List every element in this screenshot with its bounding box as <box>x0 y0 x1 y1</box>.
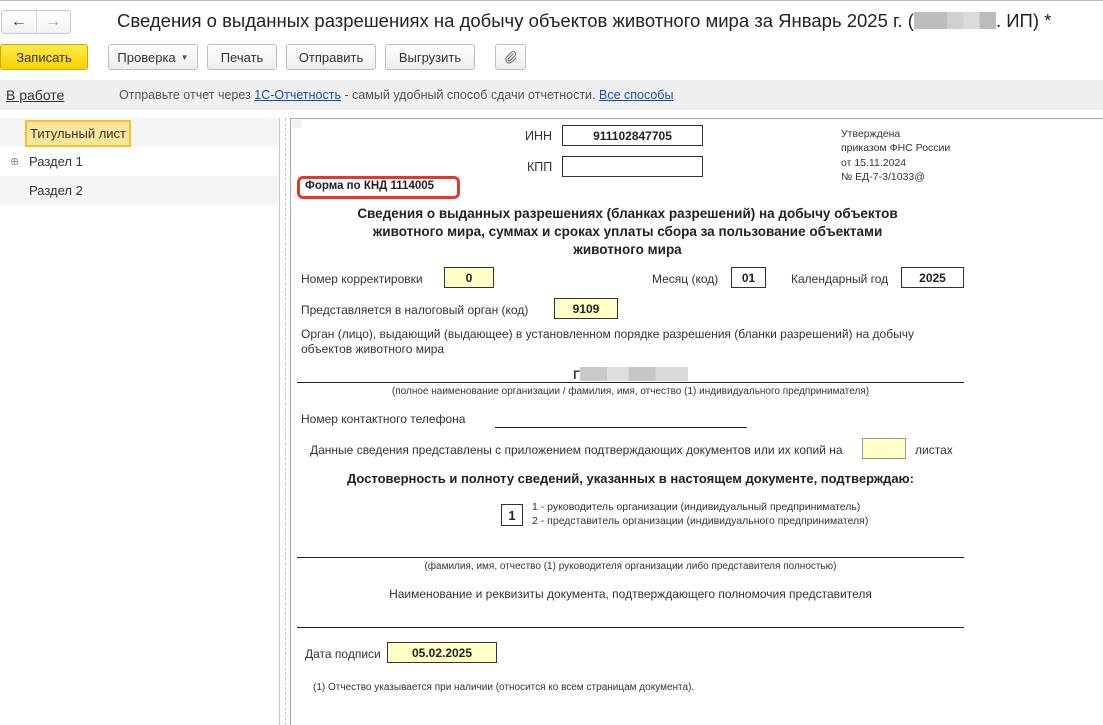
info-message: Отправьте отчет через 1С-Отчетность - са… <box>119 88 673 102</box>
tree-item-label: Титульный лист <box>25 120 131 147</box>
window-top-border <box>0 0 1103 1</box>
inn-field[interactable]: 911102847705 <box>562 125 703 146</box>
correction-field[interactable]: 0 <box>444 267 494 288</box>
confirm-heading: Достоверность и полноту сведений, указан… <box>297 471 964 486</box>
navigation-buttons: ← → <box>1 10 71 34</box>
rep-document-label: Наименование и реквизиты документа, подт… <box>297 587 964 601</box>
title-line: животного мира <box>291 241 964 259</box>
tax-authority-field[interactable]: 9109 <box>554 298 618 319</box>
signer-caption: (фамилия, имя, отчество (1) руководителя… <box>297 561 964 572</box>
kpp-field[interactable] <box>562 156 703 177</box>
back-arrow-icon[interactable]: ← <box>2 11 37 33</box>
issuer-name-visible: Г <box>573 368 580 382</box>
info-text-middle: - самый удобный способ сдачи отчетности. <box>341 88 599 102</box>
approval-line: приказом ФНС России <box>841 141 950 155</box>
forward-arrow-icon[interactable]: → <box>37 11 71 33</box>
chevron-down-icon: ▼ <box>181 53 189 62</box>
tree-item-section-1[interactable]: ⊕ Раздел 1 <box>0 147 279 176</box>
print-button[interactable]: Печать <box>207 44 277 70</box>
info-text-before: Отправьте отчет через <box>119 88 254 102</box>
year-field[interactable]: 2025 <box>901 267 964 288</box>
sections-tree: Титульный лист ⊕ Раздел 1 Раздел 2 <box>0 118 280 725</box>
attachments-suffix: листах <box>915 443 953 457</box>
title-line: животного мира, суммах и сроках уплаты с… <box>291 223 964 241</box>
form-corner <box>292 120 302 128</box>
approval-line: Утверждена <box>841 127 950 141</box>
issuer-label-line2: объектов животного мира <box>301 342 444 356</box>
check-button-label: Проверка <box>117 50 175 65</box>
tree-item-title-page[interactable]: Титульный лист <box>0 118 279 147</box>
inn-label: ИНН <box>525 129 552 143</box>
link-1c-reporting[interactable]: 1С-Отчетность <box>254 88 341 102</box>
correction-label: Номер корректировки <box>301 272 423 286</box>
panel-splitter[interactable] <box>285 118 286 725</box>
issuer-name-field[interactable]: Г <box>297 367 964 382</box>
phone-label: Номер контактного телефона <box>301 412 465 426</box>
send-button[interactable]: Отправить <box>286 44 376 70</box>
signer-type-field[interactable]: 1 <box>501 504 523 526</box>
year-label: Календарный год <box>791 272 888 286</box>
signer-option-1: 1 - руководитель организации (индивидуал… <box>532 501 860 513</box>
export-button[interactable]: Выгрузить <box>385 44 475 70</box>
redacted-issuer-name <box>580 367 688 381</box>
tree-item-label: Раздел 2 <box>29 183 83 198</box>
paperclip-icon <box>504 50 518 64</box>
tree-item-label: Раздел 1 <box>29 154 83 169</box>
sign-date-field[interactable]: 05.02.2025 <box>387 642 497 663</box>
rep-document-field[interactable] <box>297 609 964 627</box>
kpp-label: КПП <box>527 160 552 174</box>
issuer-label-line1: Орган (лицо), выдающий (выдающее) в уста… <box>301 327 914 341</box>
status-link[interactable]: В работе <box>6 87 64 103</box>
month-field[interactable]: 01 <box>731 267 766 288</box>
issuer-caption: (полное наименование организации / фамил… <box>297 386 964 397</box>
expand-plus-icon[interactable]: ⊕ <box>10 155 19 168</box>
approval-line: от 15.11.2024 <box>841 156 950 170</box>
sign-date-label: Дата подписи <box>305 647 381 661</box>
document-title: Сведения о выданных разрешениях (бланках… <box>291 205 964 259</box>
footnote: (1) Отчество указывается при наличии (от… <box>313 682 694 693</box>
signer-name-field[interactable] <box>297 539 964 557</box>
knd-form-code: Форма по КНД 1114005 <box>297 176 460 199</box>
title-line: Сведения о выданных разрешениях (бланках… <box>291 205 964 223</box>
approval-note: Утверждена приказом ФНС России от 15.11.… <box>841 127 950 184</box>
attach-button[interactable] <box>495 44 526 70</box>
check-dropdown-button[interactable]: Проверка▼ <box>108 44 198 70</box>
phone-field-underline <box>495 427 747 428</box>
link-all-methods[interactable]: Все способы <box>599 88 673 102</box>
report-form: ИНН 911102847705 КПП Форма по КНД 111400… <box>290 118 1103 725</box>
approval-line: № ЕД-7-3/1033@ <box>841 170 950 184</box>
window-title: Сведения о выданных разрешениях на добыч… <box>117 10 1051 32</box>
phone-field[interactable] <box>495 411 747 427</box>
attachments-field[interactable] <box>862 438 906 459</box>
window-title-suffix: . ИП) * <box>996 10 1051 31</box>
window-title-prefix: Сведения о выданных разрешениях на добыч… <box>117 10 914 31</box>
save-button[interactable]: Записать <box>0 44 88 70</box>
tree-item-section-2[interactable]: Раздел 2 <box>0 176 279 205</box>
tax-authority-label: Представляется в налоговый орган (код) <box>301 303 528 317</box>
redacted-name <box>914 12 996 29</box>
issuer-underline <box>297 382 964 383</box>
month-label: Месяц (код) <box>652 272 718 286</box>
signer-underline <box>297 557 964 558</box>
rep-document-underline <box>297 627 964 628</box>
attachments-label: Данные сведения представлены с приложени… <box>310 443 843 457</box>
info-bar: В работе Отправьте отчет через 1С-Отчетн… <box>0 80 1103 110</box>
signer-option-2: 2 - представитель организации (индивидуа… <box>532 515 868 527</box>
